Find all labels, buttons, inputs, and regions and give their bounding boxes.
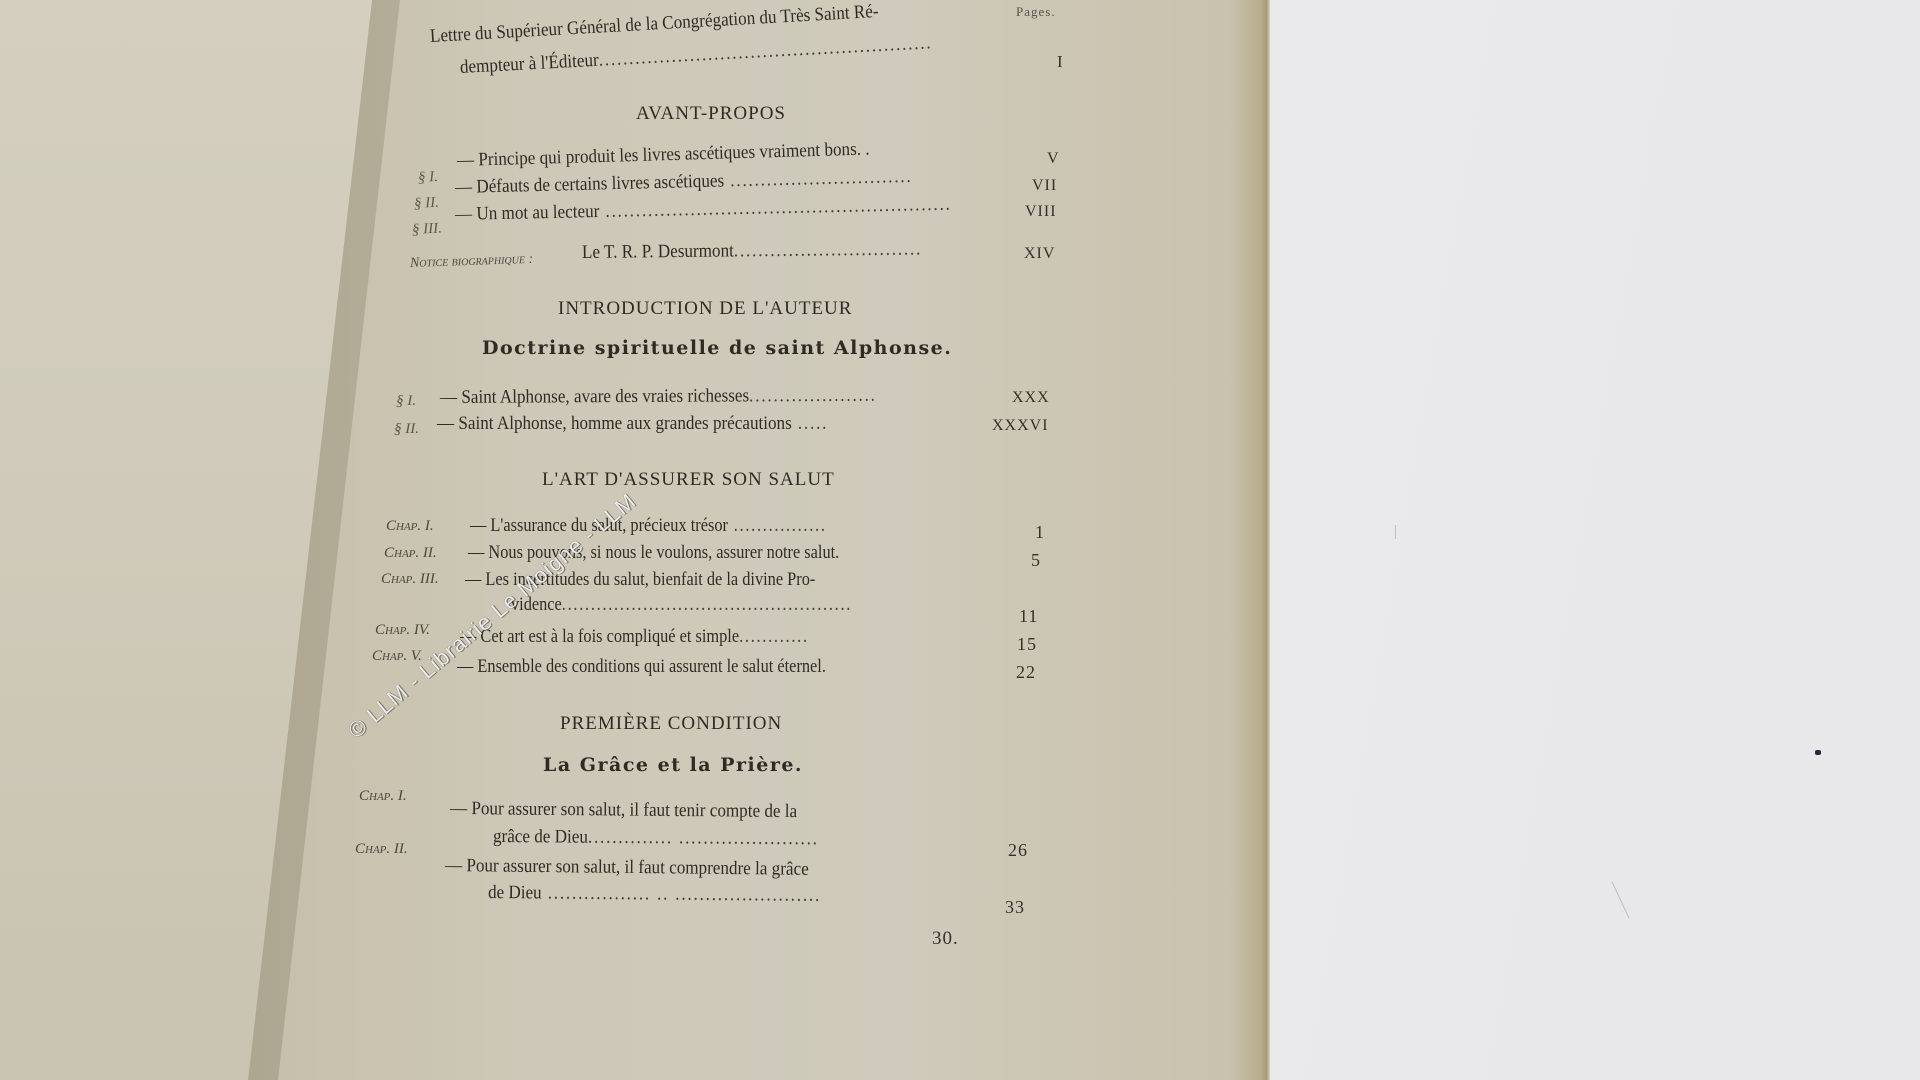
introduction-entry-2: — Saint Alphonse, homme aux grandes préc… [437, 413, 828, 435]
entry-title: Le T. R. P. Desurmont [582, 240, 734, 263]
leader-dots: ..... [792, 413, 828, 434]
leader-dots: .............. ....................... [588, 827, 819, 850]
premiere-condition-entry-1-continued: grâce de Dieu.............. ............… [493, 826, 819, 850]
premiere-condition-entry-1-page: 26 [1008, 840, 1028, 861]
avant-propos-heading: AVANT-PROPOS [636, 103, 786, 125]
chapter-marker: Chap. I. [359, 788, 407, 805]
introduction-entry-1-page: XXX [1012, 389, 1050, 407]
art-entry-4: — Cet art est à la fois compliqué et sim… [460, 626, 809, 648]
art-entry-3-continued: vidence.................................… [511, 594, 852, 616]
chapter-marker: Chap. III. [381, 571, 439, 588]
leader-dots: .............................. [724, 166, 913, 192]
letter-page-number: I [1057, 52, 1064, 72]
art-entry-3-page: 11 [1019, 606, 1038, 627]
premiere-condition-entry-2-continued: de Dieu ................. .. ...........… [488, 882, 821, 907]
chapter-marker: Chap. II. [384, 545, 437, 562]
section-marker: § I. [418, 169, 439, 187]
entry-title: grâce de Dieu [493, 826, 588, 848]
signature-mark: 30. [932, 928, 959, 950]
avant-propos-entry-3-page: VIII [1025, 203, 1057, 221]
premiere-condition-entry-1: — Pour assurer son salut, il faut tenir … [450, 798, 797, 823]
introduction-entry-1: — Saint Alphonse, avare des vraies riche… [440, 385, 877, 409]
section-marker: § III. [412, 220, 443, 239]
leader-dots: ..................... [749, 385, 877, 407]
surface-mark [1395, 525, 1396, 539]
entry-title: — Saint Alphonse, avare des vraies riche… [440, 385, 749, 408]
introduction-entry-2-page: XXXVI [992, 417, 1049, 435]
pages-column-label: Pages. [1016, 4, 1056, 20]
avant-propos-entry-1-page: V [1047, 150, 1060, 168]
notice-page: XIV [1024, 245, 1055, 263]
entry-title: de Dieu [488, 882, 542, 903]
chapter-marker: Chap. I. [386, 518, 434, 535]
entry-title: — Saint Alphonse, homme aux grandes préc… [437, 413, 792, 434]
notice-entry: Le T. R. P. Desurmont...................… [582, 238, 922, 264]
leader-dots: ........................................… [562, 594, 852, 615]
art-entry-5: — Ensemble des conditions qui assurent l… [457, 656, 826, 678]
chapter-marker: Chap. II. [355, 841, 408, 858]
page-edge [1262, 0, 1270, 1080]
entry-title: — Un mot au lecteur [455, 201, 600, 225]
dust-speck [1815, 750, 1821, 755]
premiere-condition-heading: PREMIÈRE CONDITION [560, 713, 782, 735]
section-marker: § II. [394, 421, 419, 438]
premiere-condition-subheading: La Grâce et la Prière. [543, 754, 803, 776]
leader-dots: ................. .. ...................… [542, 882, 822, 905]
introduction-heading: INTRODUCTION DE L'AUTEUR [558, 298, 852, 320]
chapter-marker: Chap. IV. [375, 622, 430, 639]
leader-dots: ................ [728, 515, 827, 536]
leader-dots: ............................... [734, 238, 923, 261]
premiere-condition-entry-2: — Pour assurer son salut, il faut compre… [445, 855, 809, 881]
entry-title: — Cet art est à la fois compliqué et sim… [460, 626, 739, 647]
art-entry-4-page: 15 [1017, 634, 1037, 655]
art-entry-1: — L'assurance du salut, précieux trésor … [470, 515, 827, 537]
art-entry-2: — Nous pouvons, si nous le voulons, assu… [468, 542, 839, 564]
section-marker: § I. [396, 393, 416, 410]
art-entry-2-page: 5 [1031, 550, 1041, 571]
section-marker: § II. [414, 195, 440, 213]
chapter-marker: Chap. V. [372, 648, 422, 665]
introduction-subheading: Doctrine spirituelle de saint Alphonse. [482, 337, 952, 359]
art-entry-1-page: 1 [1035, 522, 1045, 543]
art-heading: L'ART D'ASSURER SON SALUT [542, 469, 835, 491]
premiere-condition-entry-2-page: 33 [1005, 897, 1025, 918]
art-entry-5-page: 22 [1016, 662, 1036, 683]
avant-propos-entry-2-page: VII [1032, 177, 1057, 195]
leader-dots: ............ [739, 626, 809, 647]
